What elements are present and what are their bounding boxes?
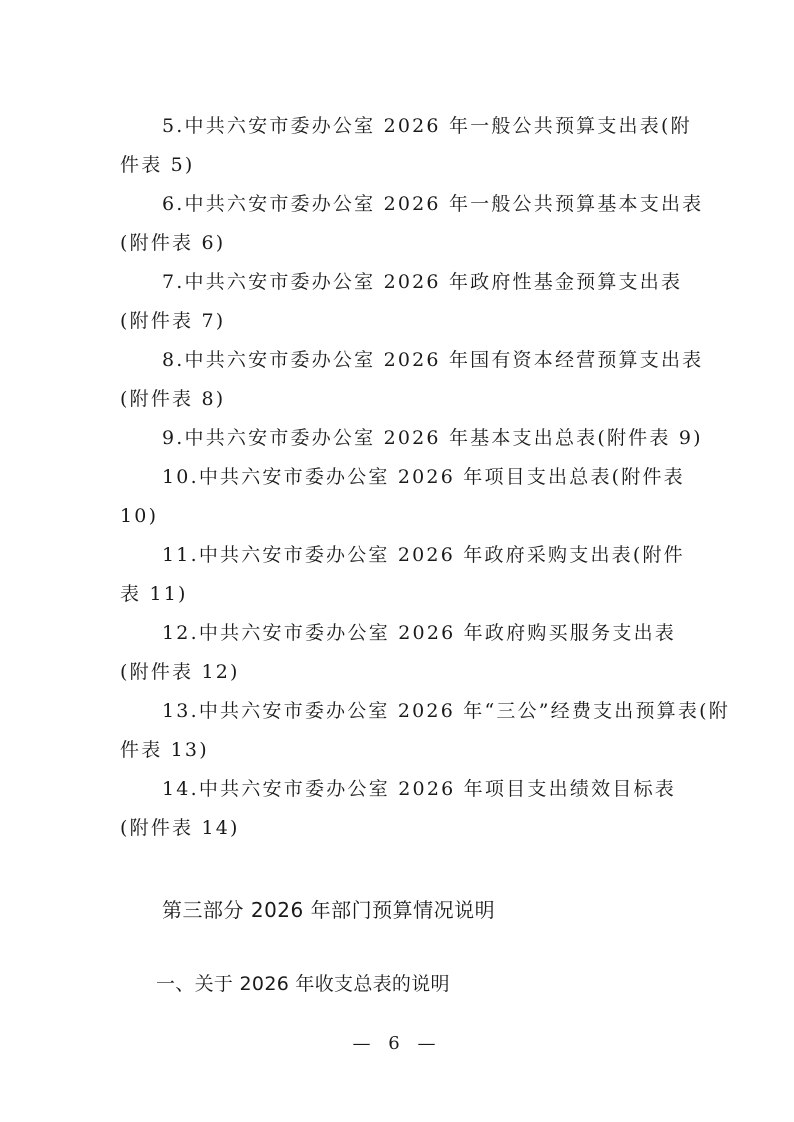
- document-page: 5.中共六安市委办公室 2026 年一般公共预算支出表(附 件表 5) 6.中共…: [0, 0, 794, 1122]
- list-item-14-line2: (附件表 14): [120, 816, 676, 840]
- list-item-5-line2: 件表 5): [120, 153, 676, 177]
- list-item-13-line2: 件表 13): [120, 738, 676, 762]
- list-item-7-line1: 7.中共六安市委办公室 2026 年政府性基金预算支出表: [162, 270, 676, 294]
- section-heading: 第三部分 2026 年部门预算情况说明: [162, 897, 495, 923]
- list-item-13-line1: 13.中共六安市委办公室 2026 年“三公”经费支出预算表(附: [162, 699, 676, 723]
- subsection-heading: 一、关于 2026 年收支总表的说明: [156, 972, 450, 996]
- list-item-5-line1: 5.中共六安市委办公室 2026 年一般公共预算支出表(附: [162, 114, 676, 138]
- list-item-8-line1: 8.中共六安市委办公室 2026 年国有资本经营预算支出表: [162, 348, 676, 372]
- list-item-14-line1: 14.中共六安市委办公室 2026 年项目支出绩效目标表: [162, 777, 676, 801]
- list-item-9-line1: 9.中共六安市委办公室 2026 年基本支出总表(附件表 9): [162, 426, 676, 450]
- list-item-12-line1: 12.中共六安市委办公室 2026 年政府购买服务支出表: [162, 621, 676, 645]
- list-item-6-line2: (附件表 6): [120, 231, 676, 255]
- list-item-11-line2: 表 11): [120, 582, 676, 606]
- list-item-10-line2: 10): [120, 504, 676, 528]
- list-item-8-line2: (附件表 8): [120, 387, 676, 411]
- list-item-6-line1: 6.中共六安市委办公室 2026 年一般公共预算基本支出表: [162, 192, 676, 216]
- list-item-12-line2: (附件表 12): [120, 660, 676, 684]
- list-item-10-line1: 10.中共六安市委办公室 2026 年项目支出总表(附件表: [162, 465, 676, 489]
- page-number: — 6 —: [0, 1032, 794, 1056]
- list-item-11-line1: 11.中共六安市委办公室 2026 年政府采购支出表(附件: [162, 543, 676, 567]
- list-item-7-line2: (附件表 7): [120, 309, 676, 333]
